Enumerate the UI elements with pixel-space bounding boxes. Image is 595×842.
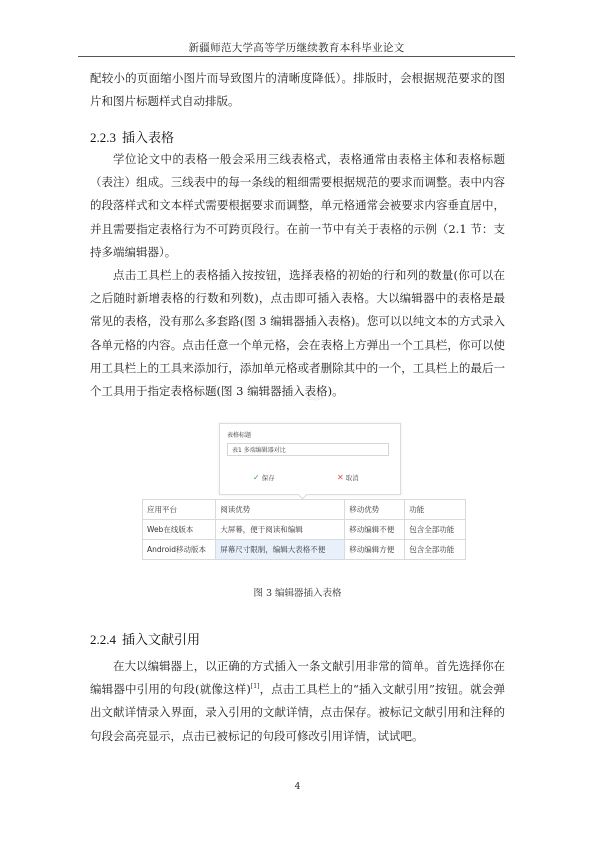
intro-paragraph: 配较小的页面缩小图片而导致图片的清晰度降低）。排版时，会根据规范要求的图片和图片…	[90, 67, 505, 113]
table-cell[interactable]: Android移动版本	[143, 540, 216, 560]
paragraph-insert-table: 点击工具栏上的表格插入按按钮，选择表格的初始的行和列的数量(你可以在之后随时新增…	[90, 264, 505, 403]
table-cell[interactable]: 移动优势	[345, 500, 405, 520]
section-heading-2-2-3: 2.2.3插入表格	[90, 127, 174, 146]
figure-caption: 图 3 编辑器插入表格	[0, 585, 595, 599]
table-cell[interactable]: 大屏幕，便于阅读和编辑	[216, 520, 345, 540]
table-cell[interactable]: 阅读优势	[216, 500, 345, 520]
table-cell[interactable]: 功能	[405, 500, 466, 520]
save-label: 保存	[262, 474, 275, 482]
table-cell[interactable]: 应用平台	[143, 500, 216, 520]
figure-editor-insert-table: 表格标题 表1 多端编辑器对比 ✓保存 ✕取消 应用平台 阅读优势 移动优势 功…	[142, 421, 466, 563]
section-number: 2.2.4	[90, 632, 116, 647]
table-cell[interactable]: 移动编辑方便	[345, 540, 405, 560]
table-row: Android移动版本 屏幕尺寸限制，编辑大表格不便 移动编辑方便 包含全部功能	[143, 540, 466, 560]
comparison-table: 应用平台 阅读优势 移动优势 功能 Web在线版本 大屏幕，便于阅读和编辑 移动…	[142, 499, 466, 560]
table-title-label: 表格标题	[227, 430, 251, 439]
table-cell[interactable]: Web在线版本	[143, 520, 216, 540]
intro-text: 配较小的页面缩小图片而导致图片的清晰度降低）。排版时，会根据规范要求的图片和图片…	[90, 67, 505, 113]
running-header: 新疆师范大学高等学历继续教育本科毕业论文	[78, 40, 515, 55]
cancel-label: 取消	[346, 474, 359, 482]
paragraph-insert-citation: 在大以编辑器上，以正确的方式插入一条文献引用非常的简单。首先选择你在编辑器中引用…	[90, 655, 505, 748]
section-2-2-3-body: 学位论文中的表格一般会采用三线表格式，表格通常由表格主体和表格标题（表注）组成。…	[90, 148, 505, 403]
table-cell[interactable]: 包含全部功能	[405, 540, 466, 560]
section-number: 2.2.3	[90, 130, 116, 145]
header-rule	[78, 56, 515, 57]
save-button[interactable]: ✓保存	[253, 473, 275, 482]
close-icon: ✕	[337, 473, 344, 482]
cancel-button[interactable]: ✕取消	[337, 473, 359, 482]
paragraph-three-line-table: 学位论文中的表格一般会采用三线表格式，表格通常由表格主体和表格标题（表注）组成。…	[90, 148, 505, 264]
table-cell[interactable]: 移动编辑不便	[345, 520, 405, 540]
section-title: 插入文献引用	[122, 633, 200, 648]
section-heading-2-2-4: 2.2.4插入文献引用	[90, 629, 200, 648]
section-2-2-4-body: 在大以编辑器上，以正确的方式插入一条文献引用非常的简单。首先选择你在编辑器中引用…	[90, 655, 505, 748]
table-title-input[interactable]: 表1 多端编辑器对比	[227, 443, 389, 456]
page-number: 4	[0, 782, 595, 792]
check-icon: ✓	[253, 473, 260, 482]
table-cell-selected[interactable]: 屏幕尺寸限制，编辑大表格不便	[216, 540, 345, 560]
section-title: 插入表格	[122, 131, 174, 146]
table-row: 应用平台 阅读优势 移动优势 功能	[143, 500, 466, 520]
table-cell[interactable]: 包含全部功能	[405, 520, 466, 540]
table-row: Web在线版本 大屏幕，便于阅读和编辑 移动编辑不便 包含全部功能	[143, 520, 466, 540]
table-title-popup: 表格标题 表1 多端编辑器对比 ✓保存 ✕取消	[219, 423, 401, 495]
